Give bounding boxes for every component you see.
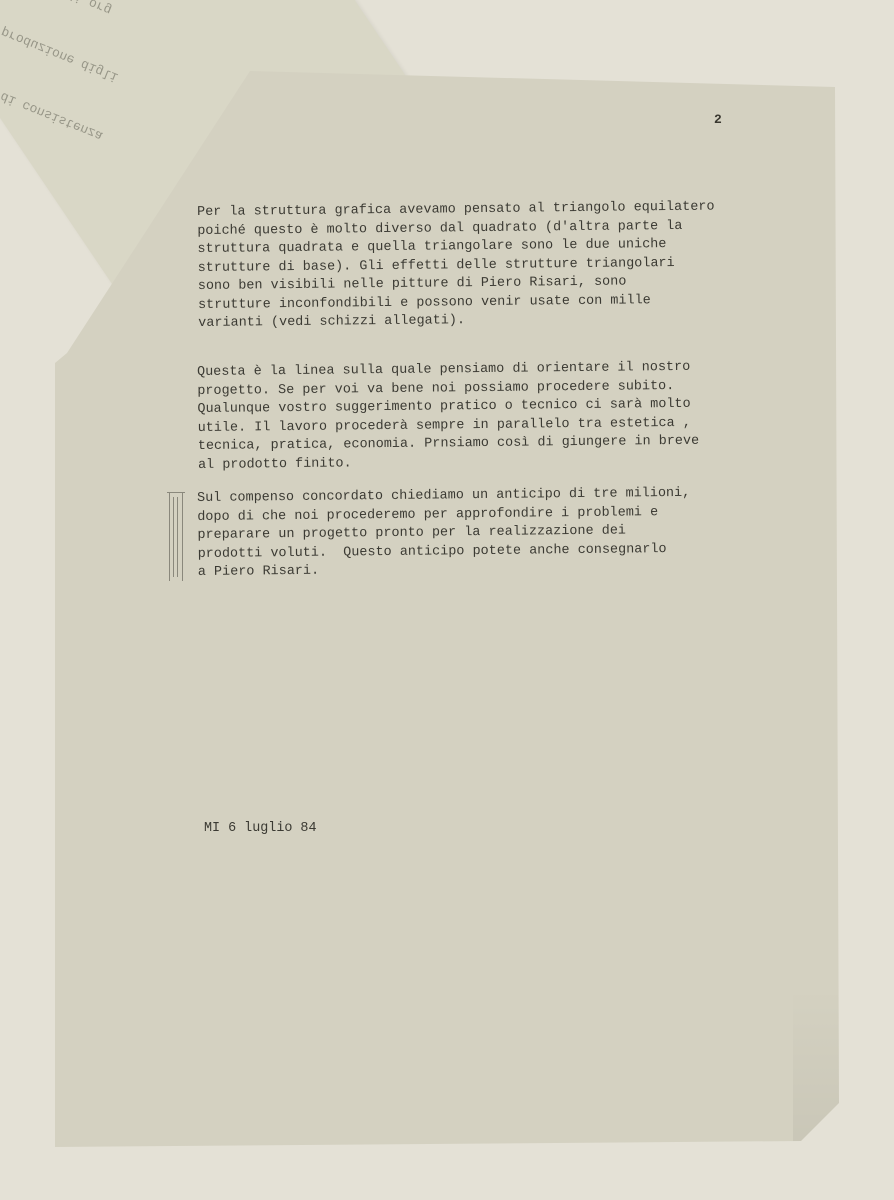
page-number: 2: [714, 112, 722, 127]
date-line: MI 6 luglio 84: [204, 821, 317, 836]
paragraph-graphic-structure: Per la struttura grafica avevamo pensato…: [197, 199, 716, 334]
paragraph-project-direction: Questa è la linea sulla quale pensiamo d…: [197, 359, 699, 475]
paragraph-compensation: Sul compenso concordato chiediamo un ant…: [197, 485, 691, 583]
margin-bracket-mark: [169, 493, 183, 581]
